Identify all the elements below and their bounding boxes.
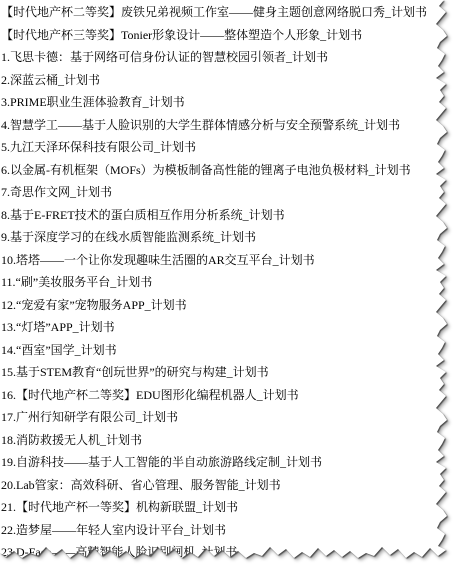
list-item: 5.九江天泽环保科技有限公司_计划书	[1, 136, 454, 159]
list-item: 17.广州行知研学有限公司_计划书	[1, 406, 454, 429]
plan-title-list: 【时代地产杯二等奖】废铁兄弟视频工作室——健身主题创意网络脱口秀_计划书 【时代…	[0, 0, 454, 564]
list-item: 21.【时代地产杯一等奖】机构新联盟_计划书	[1, 496, 454, 519]
list-item: 22.造梦屋——年轻人室内设计平台_计划书	[1, 519, 454, 542]
list-item: 【时代地产杯二等奖】废铁兄弟视频工作室——健身主题创意网络脱口秀_计划书	[1, 1, 454, 24]
list-item: 16.【时代地产杯二等奖】EDU图形化编程机器人_计划书	[1, 384, 454, 407]
list-item: 8.基于E-FRET技术的蛋白质相互作用分析系统_计划书	[1, 204, 454, 227]
list-item: 9.基于深度学习的在线水质智能监测系统_计划书	[1, 226, 454, 249]
list-item: 6.以金属-有机框架（MOFs）为模板制备高性能的锂离子电池负极材料_计划书	[1, 159, 454, 182]
list-item: 【时代地产杯三等奖】Tonier形象设计——整体塑造个人形象_计划书	[1, 24, 454, 47]
list-item: 14.“酉室”国学_计划书	[1, 339, 454, 362]
list-item: 23.D-Face——高精智能人脸识别闸机_计划书	[1, 541, 454, 564]
torn-paper-shadow: 【时代地产杯二等奖】废铁兄弟视频工作室——健身主题创意网络脱口秀_计划书 【时代…	[0, 0, 454, 568]
list-item: 18.消防救援无人机_计划书	[1, 429, 454, 452]
list-item: 13.“灯塔”APP_计划书	[1, 316, 454, 339]
list-item: 10.塔塔——一个让你发现趣味生活圈的AR交互平台_计划书	[1, 249, 454, 272]
list-item: 19.自游科技——基于人工智能的半自动旅游路线定制_计划书	[1, 451, 454, 474]
list-item: 15.基于STEM教育“创玩世界”的研究与构建_计划书	[1, 361, 454, 384]
torn-screenshot-paper: 【时代地产杯二等奖】废铁兄弟视频工作室——健身主题创意网络脱口秀_计划书 【时代…	[0, 0, 454, 568]
list-item: 12.“宠爱有家”宠物服务APP_计划书	[1, 294, 454, 317]
list-item: 7.奇思作文网_计划书	[1, 181, 454, 204]
list-item: 1.飞思卡德：基于网络可信身份认证的智慧校园引领者_计划书	[1, 46, 454, 69]
list-item: 4.智慧学工——基于人脸识别的大学生群体情感分析与安全预警系统_计划书	[1, 114, 454, 137]
list-item: 20.Lab管家：高效科研、省心管理、服务智能_计划书	[1, 474, 454, 497]
list-item: 11.“刷”美妆服务平台_计划书	[1, 271, 454, 294]
list-item: 2.深蓝云桶_计划书	[1, 69, 454, 92]
list-item: 3.PRIME职业生涯体验教育_计划书	[1, 91, 454, 114]
